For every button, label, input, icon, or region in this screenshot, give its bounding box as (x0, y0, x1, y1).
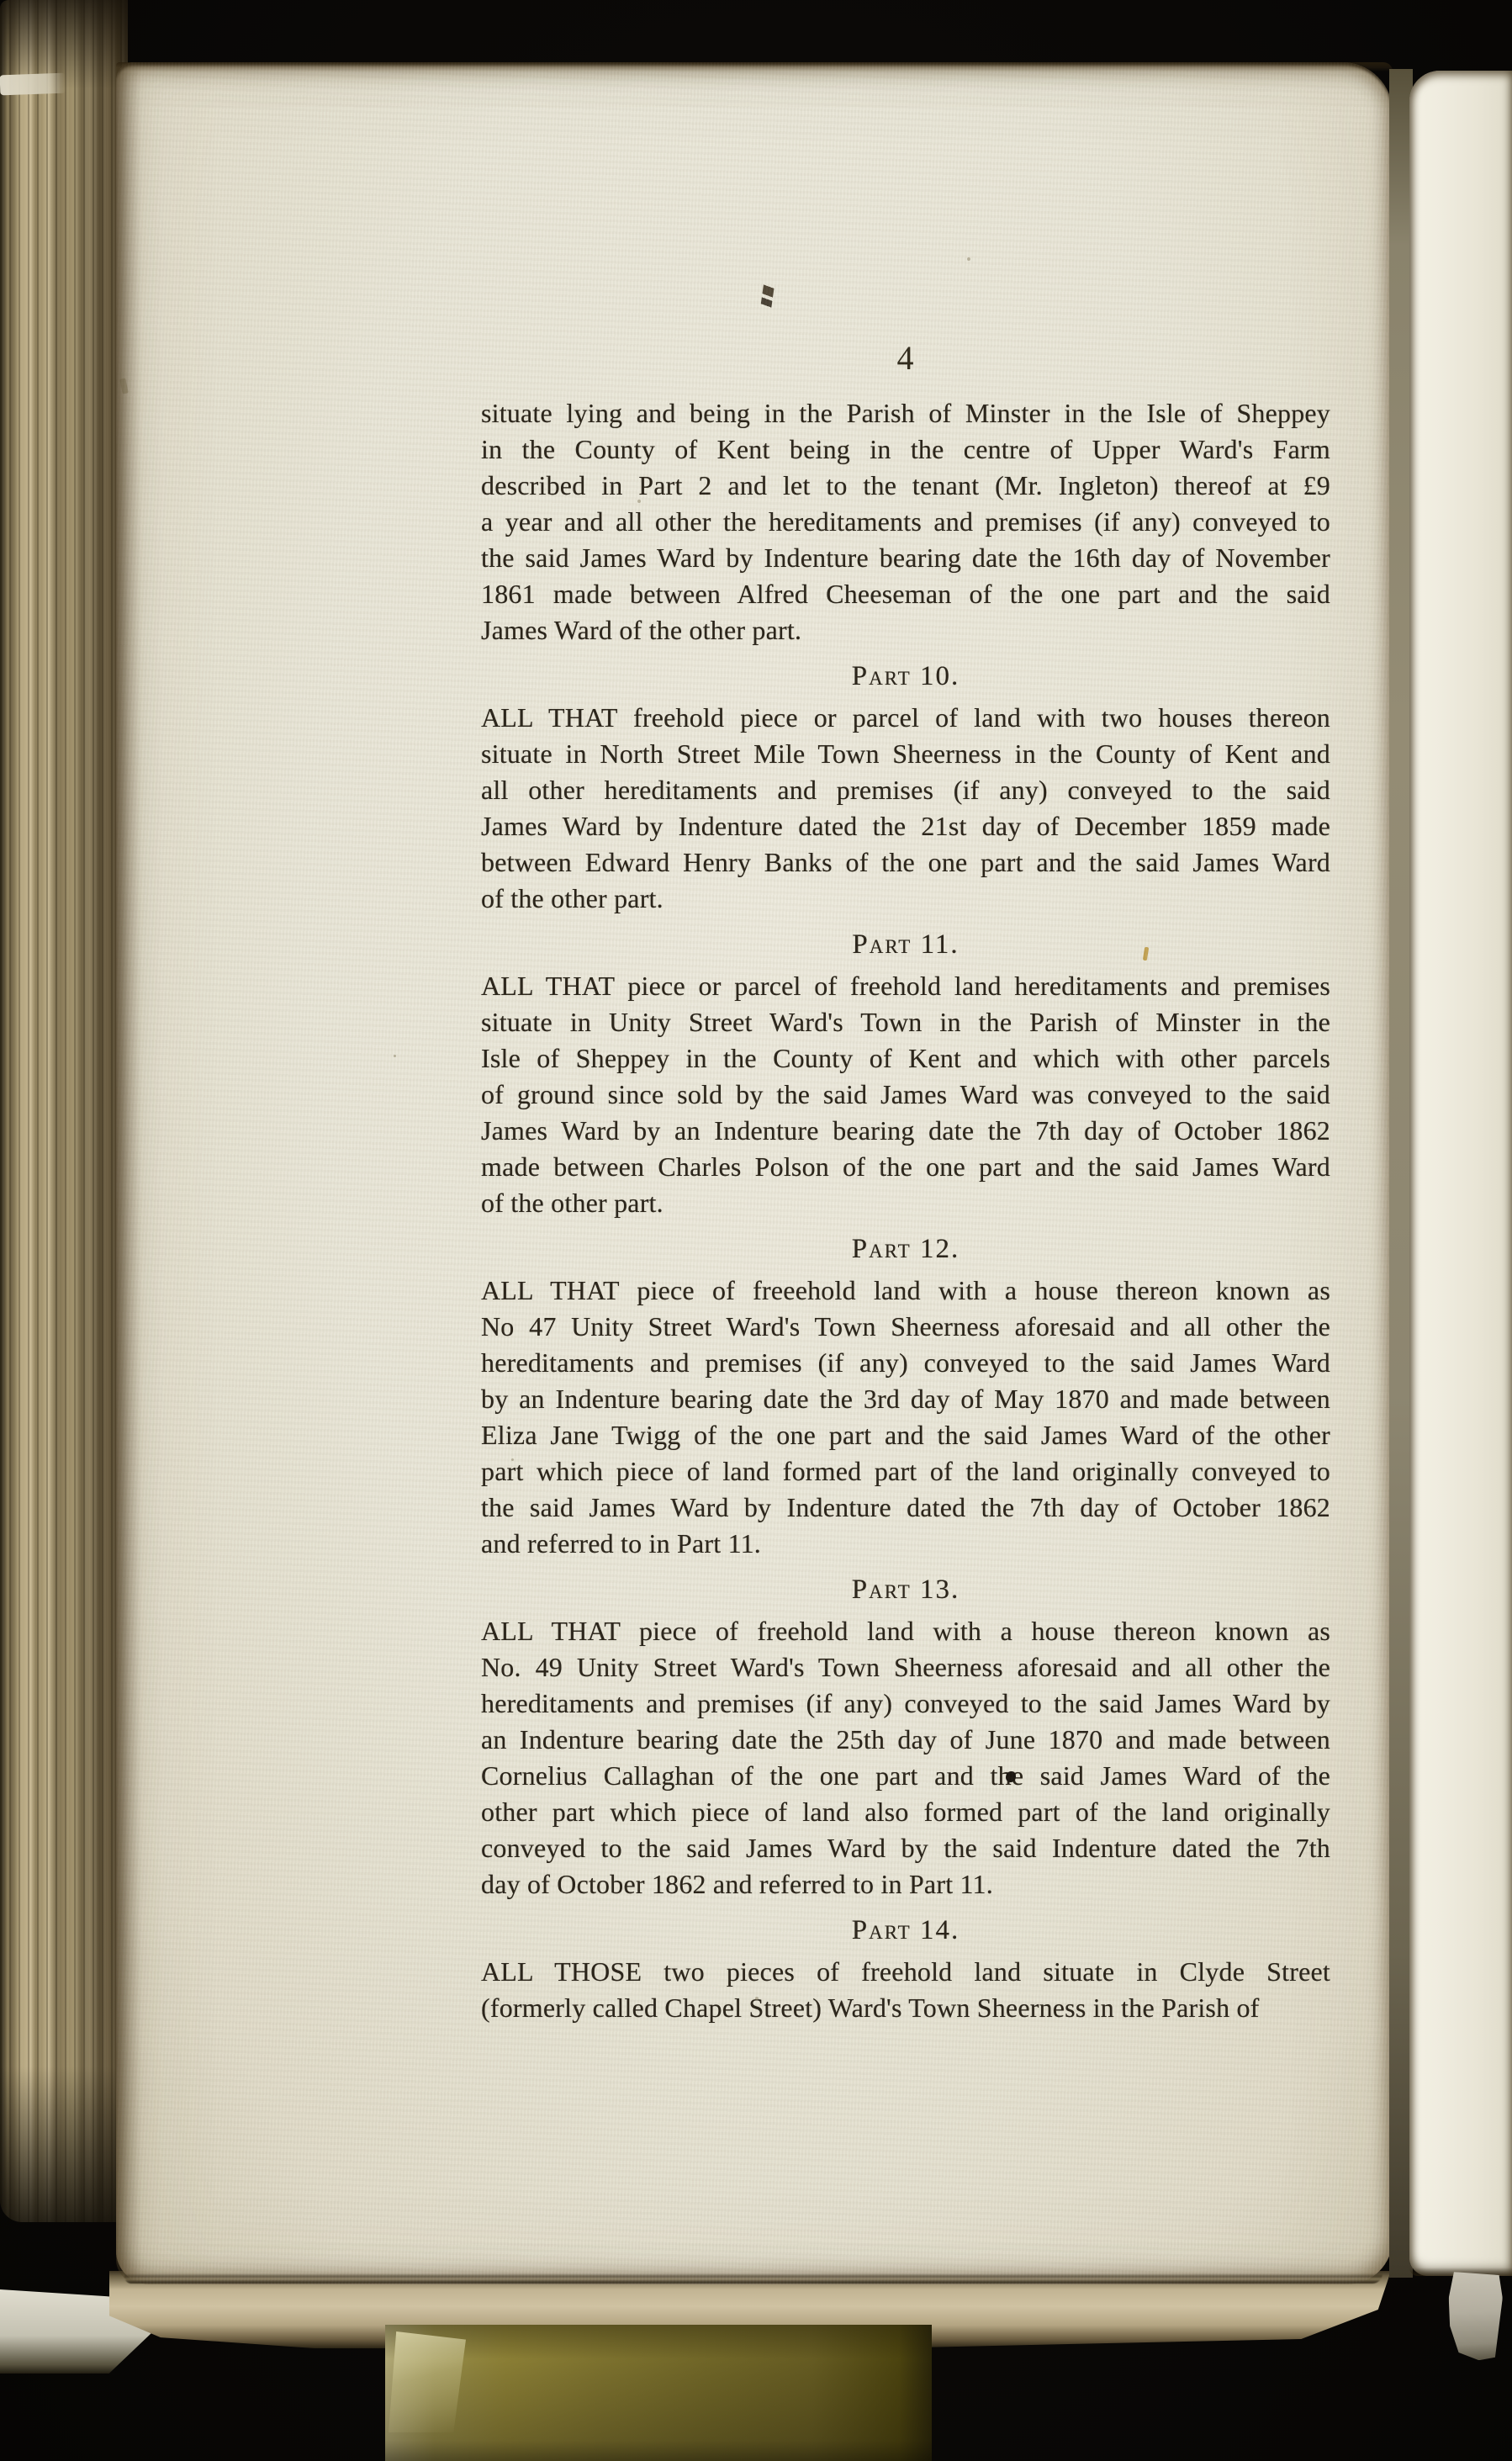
text-line: and referred to in Part 11. (481, 1526, 1330, 1562)
text-line: day of October 1862 and referred to in P… (481, 1866, 1330, 1903)
book-page-stack-left-edge (0, 0, 128, 2222)
page-bottom-edge-line (124, 2273, 1382, 2284)
paper-speck (755, 1997, 759, 2000)
text-line: ALL THAT piece of freeehold land with a … (481, 1273, 1330, 1309)
paper-speck (1108, 786, 1111, 788)
text-line: of the other part. (481, 1185, 1330, 1221)
text-line: described in Part 2 and let to the tenan… (481, 468, 1330, 504)
torn-paper-tab (1446, 2272, 1504, 2361)
paper-speck (637, 500, 641, 503)
text-line: the said James Ward by Indenture dated t… (481, 1490, 1330, 1526)
paper-speck (394, 1055, 396, 1057)
text-line: Cornelius Callaghan of the one part and … (481, 1758, 1330, 1794)
paragraph: situate lying and being in the Parish of… (481, 395, 1330, 648)
ink-speck (119, 378, 129, 394)
paragraph: ALL THAT piece or parcel of freehold lan… (481, 968, 1330, 1221)
text-line: 1861 made between Alfred Cheeseman of th… (481, 576, 1330, 612)
text-line: in the County of Kent being in the centr… (481, 431, 1330, 468)
text-line: James Ward of the other part. (481, 612, 1330, 648)
page-text-block: situate lying and being in the Parish of… (481, 395, 1330, 2026)
paragraph: ALL THOSE two pieces of freehold land si… (481, 1954, 1330, 2026)
page-number: 4 (481, 340, 1330, 377)
text-line: ALL THAT piece of freehold land with a h… (481, 1613, 1330, 1649)
part-heading: Part 12. (481, 1231, 1330, 1268)
text-line: ALL THOSE two pieces of freehold land si… (481, 1954, 1330, 1990)
page-edge-highlight (0, 73, 66, 96)
text-line: all other hereditaments and premises (if… (481, 772, 1330, 808)
text-line: ALL THAT piece or parcel of freehold lan… (481, 968, 1330, 1004)
ink-speck (760, 283, 775, 310)
paragraph: ALL THAT freehold piece or parcel of lan… (481, 700, 1330, 917)
part-heading: Part 11. (481, 927, 1330, 963)
text-line: Isle of Sheppey in the County of Kent an… (481, 1040, 1330, 1077)
text-line: made between Charles Polson of the one p… (481, 1149, 1330, 1185)
text-line: Eliza Jane Twigg of the one part and the… (481, 1417, 1330, 1453)
text-line: other part which piece of land also form… (481, 1794, 1330, 1830)
text-line: part which piece of land formed part of … (481, 1453, 1330, 1490)
text-line: an Indenture bearing date the 25th day o… (481, 1722, 1330, 1758)
text-line: James Ward by Indenture dated the 21st d… (481, 808, 1330, 844)
text-line: No 47 Unity Street Ward's Town Sheerness… (481, 1309, 1330, 1345)
text-line: by an Indenture bearing date the 3rd day… (481, 1381, 1330, 1417)
paragraph: ALL THAT piece of freeehold land with a … (481, 1273, 1330, 1562)
text-line: hereditaments and premises (if any) conv… (481, 1345, 1330, 1381)
text-line: situate in North Street Mile Town Sheern… (481, 736, 1330, 772)
text-line: ALL THAT freehold piece or parcel of lan… (481, 700, 1330, 736)
text-line: (formerly called Chapel Street) Ward's T… (481, 1990, 1330, 2026)
text-line: James Ward by an Indenture bearing date … (481, 1113, 1330, 1149)
text-line: situate lying and being in the Parish of… (481, 395, 1330, 431)
part-heading: Part 13. (481, 1572, 1330, 1608)
text-line: situate in Unity Street Ward's Town in t… (481, 1004, 1330, 1040)
yellow-surface-fold-highlight (389, 2331, 466, 2432)
part-heading: Part 10. (481, 659, 1330, 695)
text-line: a year and all other the hereditaments a… (481, 504, 1330, 540)
paragraph: ALL THAT piece of freehold land with a h… (481, 1613, 1330, 1903)
text-line: of ground since sold by the said James W… (481, 1077, 1330, 1113)
book-photo-scene: 4 situate lying and being in the Parish … (0, 0, 1512, 2461)
text-line: the said James Ward by Indenture bearing… (481, 540, 1330, 576)
text-line: conveyed to the said James Ward by the s… (481, 1830, 1330, 1866)
paper-speck (967, 257, 970, 261)
paper-speck (511, 1458, 514, 1461)
text-line: hereditaments and premises (if any) conv… (481, 1686, 1330, 1722)
text-line: between Edward Henry Banks of the one pa… (481, 844, 1330, 881)
yellow-surface-below-book (385, 2325, 932, 2461)
part-heading: Part 14. (481, 1913, 1330, 1949)
text-line: of the other part. (481, 881, 1330, 917)
book-page: 4 situate lying and being in the Parish … (116, 62, 1393, 2284)
text-line: No. 49 Unity Street Ward's Town Sheernes… (481, 1649, 1330, 1686)
next-page-edge (1409, 71, 1512, 2276)
